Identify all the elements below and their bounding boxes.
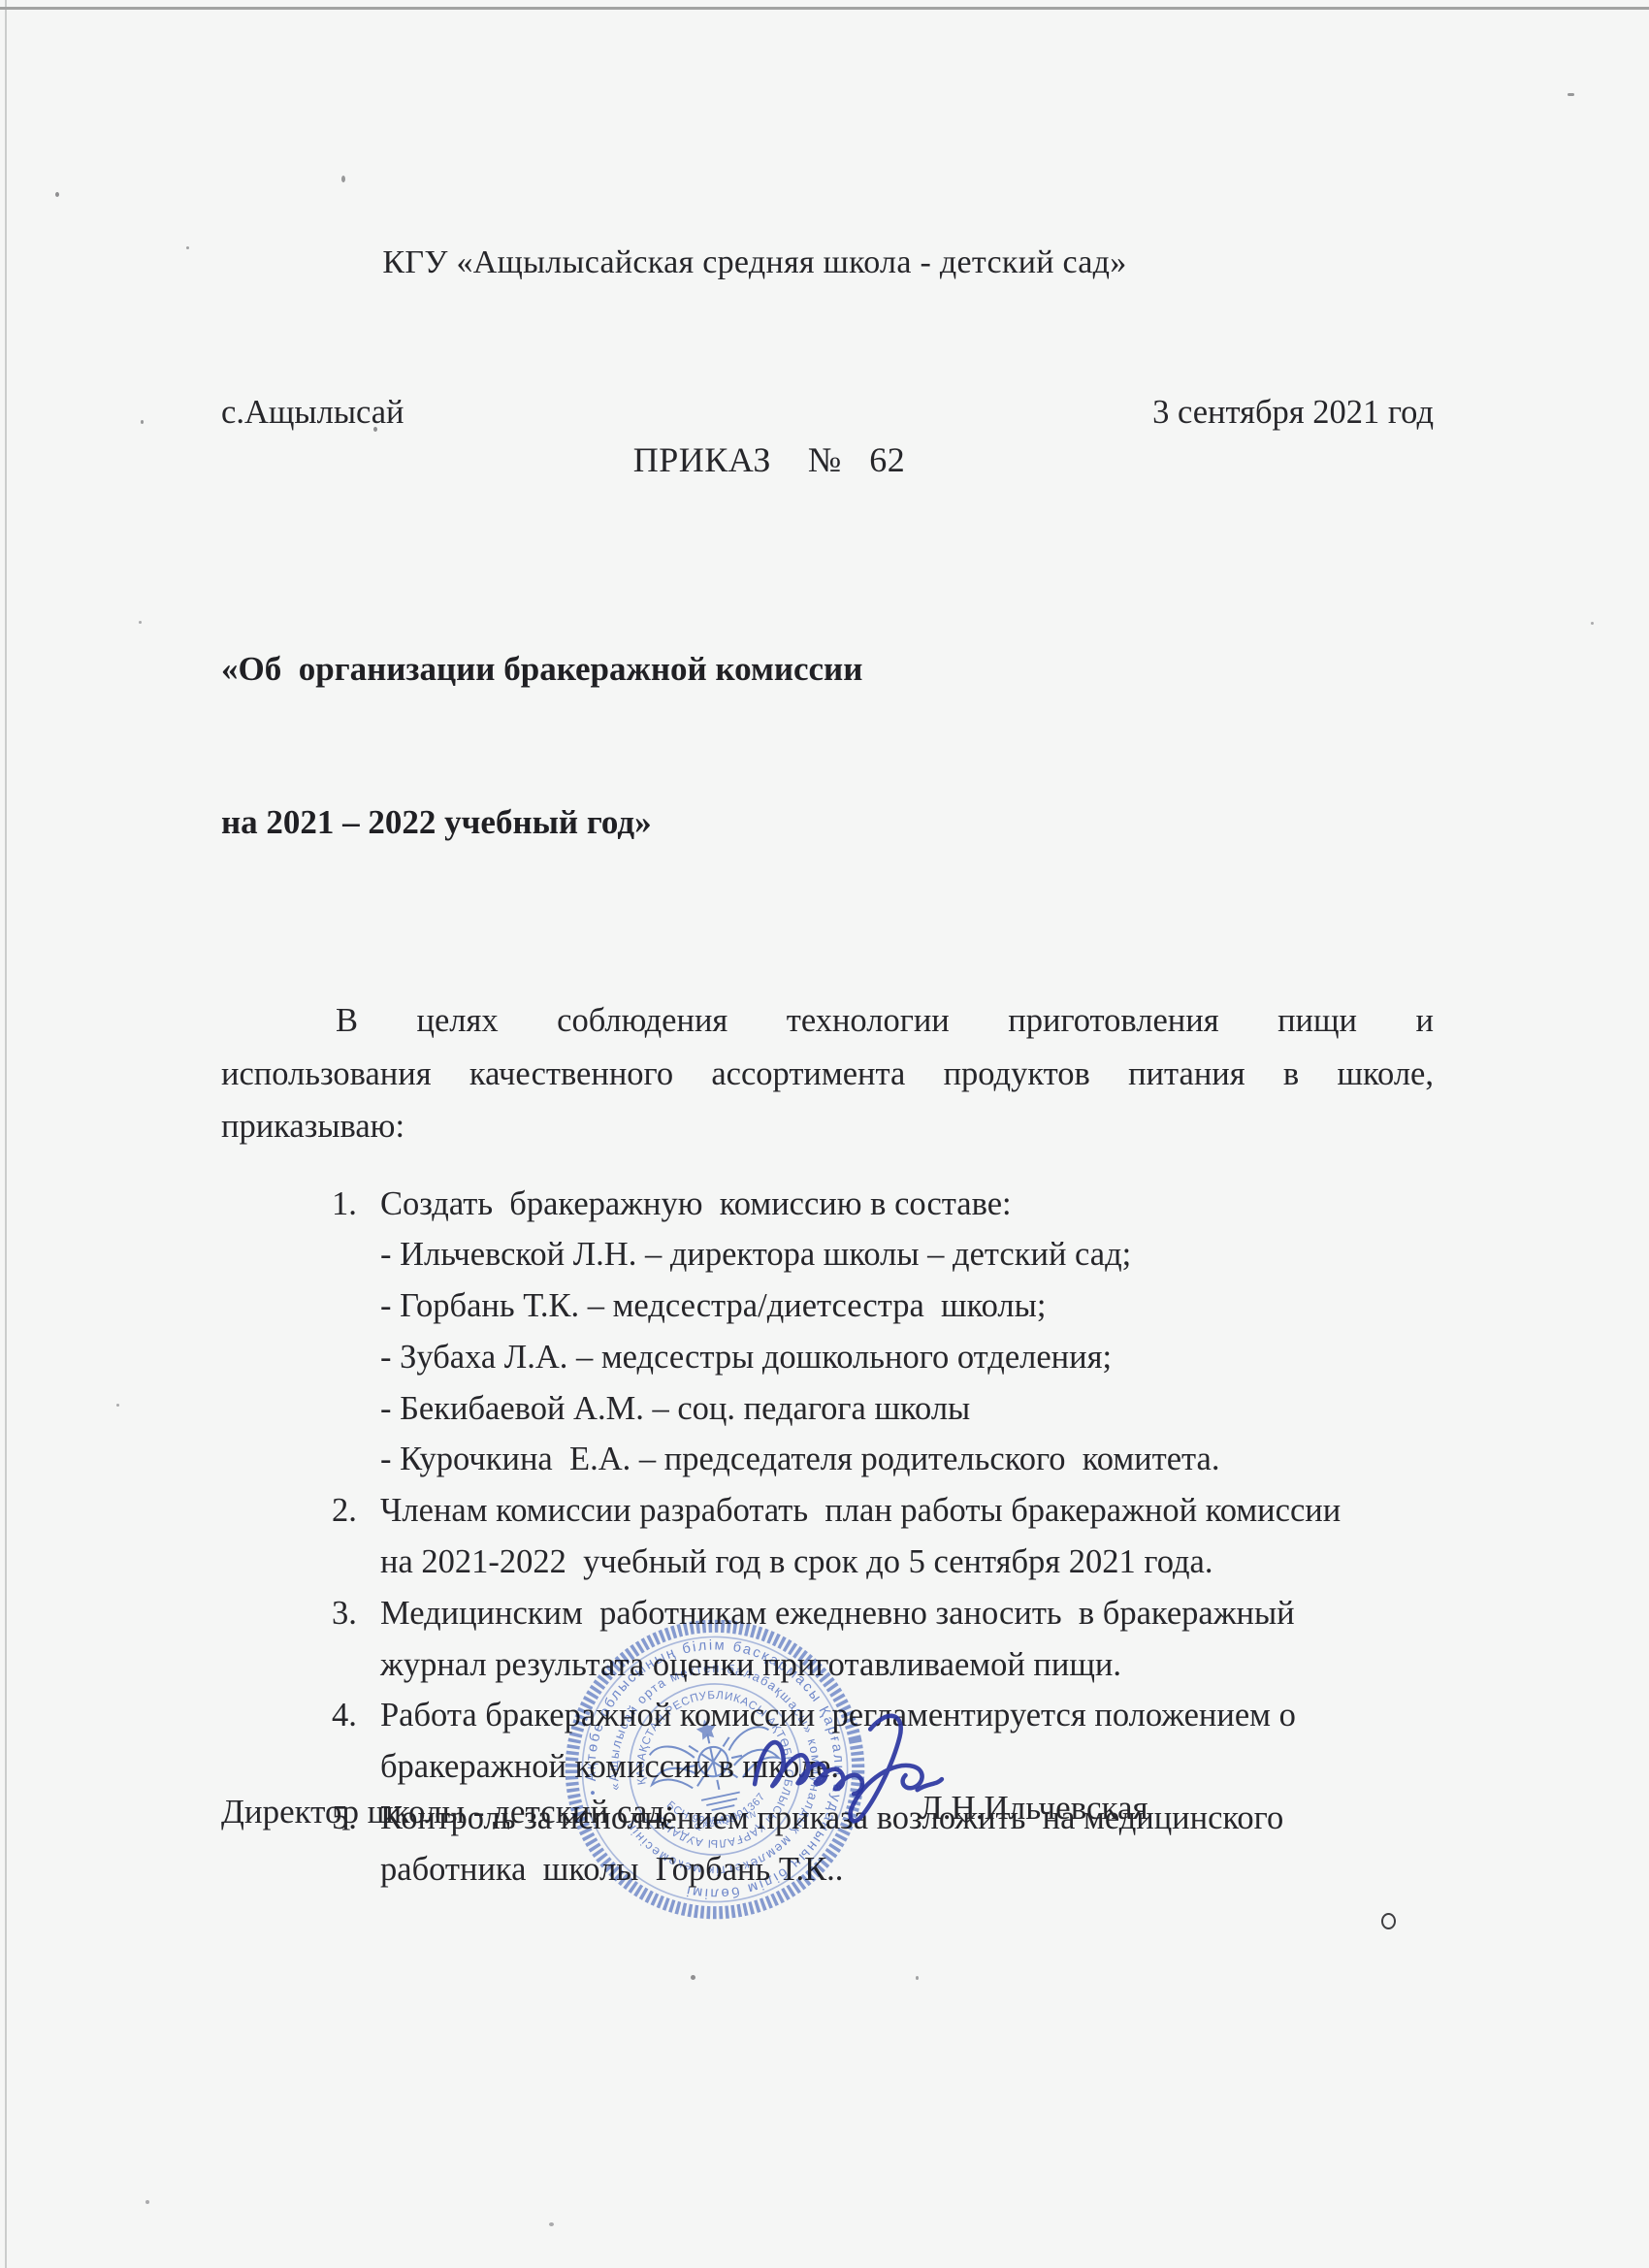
scan-speck xyxy=(1381,1913,1396,1929)
order-item-number: 2. xyxy=(332,1485,380,1588)
commission-member-line: - Курочкина Е.А. – председателя родитель… xyxy=(357,1434,1434,1485)
order-subject-line2: на 2021 – 2022 учебный год» xyxy=(221,797,1434,849)
scanned-order-document: КГУ «Ащылысайская средняя школа - детски… xyxy=(0,0,1649,2268)
preamble-paragraph: В целях соблюдения технологии приготовле… xyxy=(221,994,1434,1153)
order-item: 3.Медицинским работникам ежедневно занос… xyxy=(332,1588,1434,1691)
commission-member-line: - Зубаха Л.А. – медсестры дошкольного от… xyxy=(357,1332,1434,1383)
commission-member-line: - Ильчевской Л.Н. – директора школы – де… xyxy=(357,1229,1434,1280)
preamble-line: В целях соблюдения технологии приготовле… xyxy=(221,994,1434,1048)
star-icon xyxy=(695,1717,718,1740)
commission-member-line: - Бекибаевой А.М. – соц. педагога школы xyxy=(357,1383,1434,1435)
preamble-line: приказываю: xyxy=(221,1100,1434,1153)
commission-member-line: - Горбань Т.К. – медсестра/диетсестра шк… xyxy=(357,1280,1434,1332)
order-item-text: журнал результата оценки приготавливаемо… xyxy=(380,1639,1434,1691)
scan-speck xyxy=(145,2200,149,2204)
scan-speck xyxy=(691,1975,695,1980)
scan-speck xyxy=(549,2222,554,2226)
order-item: 2.Членам комиссии разработать план работ… xyxy=(332,1485,1434,1588)
order-item-text: Создать бракеражную комиссию в составе: xyxy=(380,1179,1434,1230)
signature-name: Л.Н.Ильчевская xyxy=(920,1789,1148,1828)
order-item: 1.Создать бракеражную комиссию в составе… xyxy=(332,1179,1434,1486)
handwritten-signature xyxy=(745,1686,951,1853)
order-item-text: на 2021-2022 учебный год в срок до 5 сен… xyxy=(380,1537,1434,1588)
order-item-text: Медицинским работникам ежедневно заносит… xyxy=(380,1588,1434,1639)
date-label: 3 сентября 2021 год xyxy=(1152,394,1434,432)
place-date-row: с.Ащылысай 3 сентября 2021 год xyxy=(221,394,1434,432)
order-subject: «Об организации бракеражной комиссии на … xyxy=(221,542,1434,950)
order-item-number: 4. xyxy=(332,1690,380,1793)
order-subject-line1: «Об организации бракеражной комиссии xyxy=(221,644,1434,696)
order-item-text: Членам комиссии разработать план работы … xyxy=(380,1485,1434,1537)
preamble-line: использования качественного ассортимента… xyxy=(221,1048,1434,1101)
place-label: с.Ащылысай xyxy=(221,394,404,432)
organization-title: КГУ «Ащылысайская средняя школа - детски… xyxy=(221,244,1434,281)
scan-speck xyxy=(916,1976,919,1980)
order-number-heading: ПРИКАЗ № 62 xyxy=(221,439,1434,480)
order-item-number: 3. xyxy=(332,1588,380,1691)
